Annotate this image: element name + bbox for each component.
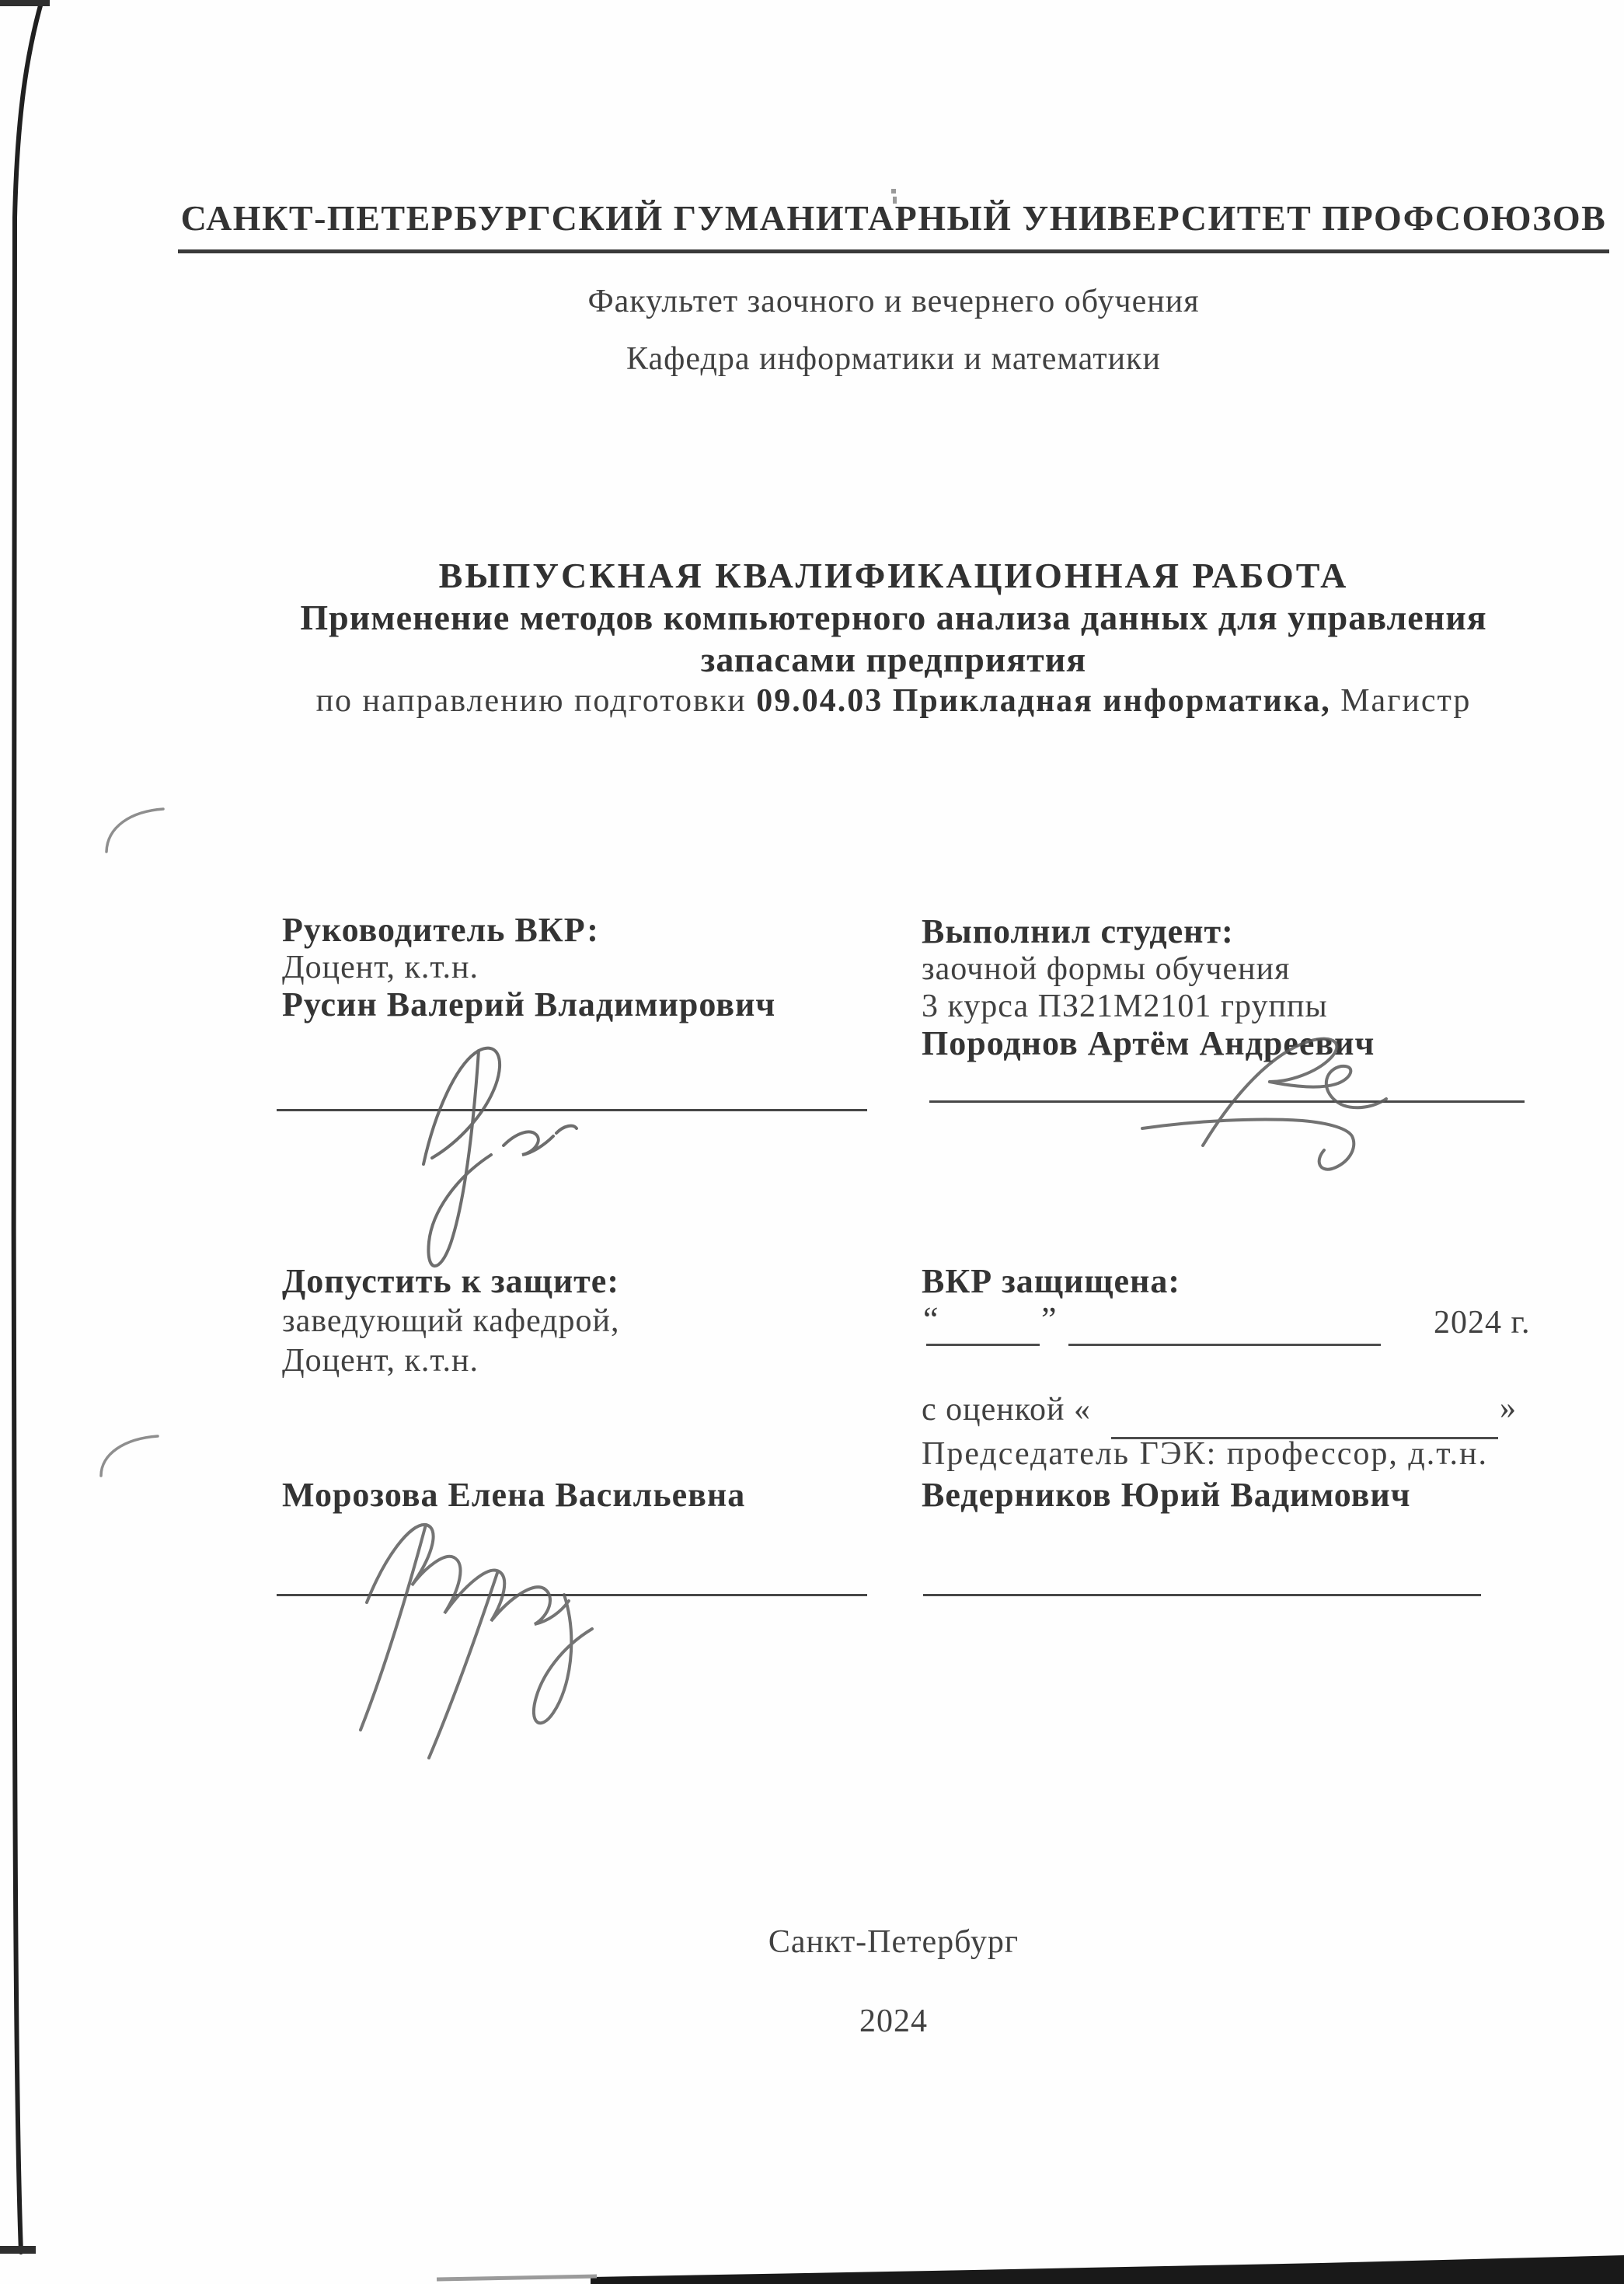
admission-role-line2: Доцент, к.т.н.: [282, 1342, 479, 1379]
gek-signature-line: [923, 1594, 1481, 1596]
program-degree: Магистр: [1340, 683, 1471, 719]
student-heading: Выполнил студент:: [922, 913, 1234, 950]
scan-edge-foot: [0, 2246, 36, 2254]
defense-date-day-blank: [926, 1344, 1040, 1346]
defense-date-close-quote: ”: [1041, 1299, 1057, 1339]
supervisor-signature: [423, 1048, 577, 1266]
gek-chairman-line: Председатель ГЭК: профессор, д.т.н.: [922, 1435, 1488, 1473]
student-signature-line: [929, 1100, 1525, 1103]
student-group: 3 курса ПЗ21М2101 группы: [922, 988, 1328, 1025]
grade-label: с оценкой «: [922, 1391, 1091, 1428]
admission-heading: Допустить к защите:: [282, 1263, 619, 1300]
scan-corner-top-left: [0, 0, 50, 6]
grade-close-quote: »: [1500, 1390, 1517, 1427]
admission-signature-line: [277, 1594, 867, 1596]
defense-year: 2024 г.: [1434, 1304, 1531, 1341]
defense-date-month-blank: [1068, 1344, 1381, 1346]
speck-mark-top: [891, 189, 896, 194]
admission-name: Морозова Елена Васильевна: [282, 1477, 745, 1514]
program-code-and-name: 09.04.03 Прикладная информатика,: [756, 683, 1330, 719]
faculty-line: Факультет заочного и вечернего обучения: [163, 283, 1624, 320]
program-line: по направлению подготовки 09.04.03 Прикл…: [163, 682, 1624, 720]
pen-mark-2: [101, 1436, 158, 1476]
student-study-form: заочной формы обучения: [922, 950, 1290, 988]
defense-date-open-quote: “: [923, 1299, 939, 1339]
scan-bottom-band: [591, 2255, 1624, 2284]
scan-bottom-smudge: [437, 2276, 597, 2279]
scan-edge-left: [13, 0, 42, 2252]
admission-role-line1: заведующий кафедрой,: [282, 1302, 620, 1340]
footer-year: 2024: [163, 2003, 1624, 2040]
thesis-topic-line2: запасами предприятия: [163, 639, 1624, 680]
thesis-title-page: САНКТ-ПЕТЕРБУРГСКИЙ ГУМАНИТАРНЫЙ УНИВЕРС…: [0, 0, 1624, 2284]
program-prefix: по направлению подготовки: [316, 683, 747, 719]
supervisor-heading: Руководитель ВКР:: [282, 912, 599, 949]
thesis-topic-line1: Применение методов компьютерного анализа…: [163, 597, 1624, 638]
student-name: Породнов Артём Андреевич: [922, 1025, 1375, 1062]
admission-signature: [361, 1525, 592, 1758]
university-name: САНКТ-ПЕТЕРБУРГСКИЙ ГУМАНИТАРНЫЙ УНИВЕРС…: [178, 197, 1610, 253]
supervisor-signature-line: [277, 1109, 867, 1111]
gek-chairman-name: Ведерников Юрий Вадимович: [922, 1477, 1411, 1514]
supervisor-name: Русин Валерий Владимирович: [282, 986, 775, 1023]
defense-heading: ВКР защищена:: [922, 1263, 1180, 1300]
supervisor-position: Доцент, к.т.н.: [282, 949, 479, 986]
header-block: САНКТ-ПЕТЕРБУРГСКИЙ ГУМАНИТАРНЫЙ УНИВЕРС…: [163, 197, 1624, 253]
footer-city: Санкт-Петербург: [163, 1923, 1624, 1961]
department-line: Кафедра информатики и математики: [163, 340, 1624, 378]
work-type-title: ВЫПУСКНАЯ КВАЛИФИКАЦИОННАЯ РАБОТА: [163, 555, 1624, 596]
pen-mark-1: [106, 809, 163, 852]
